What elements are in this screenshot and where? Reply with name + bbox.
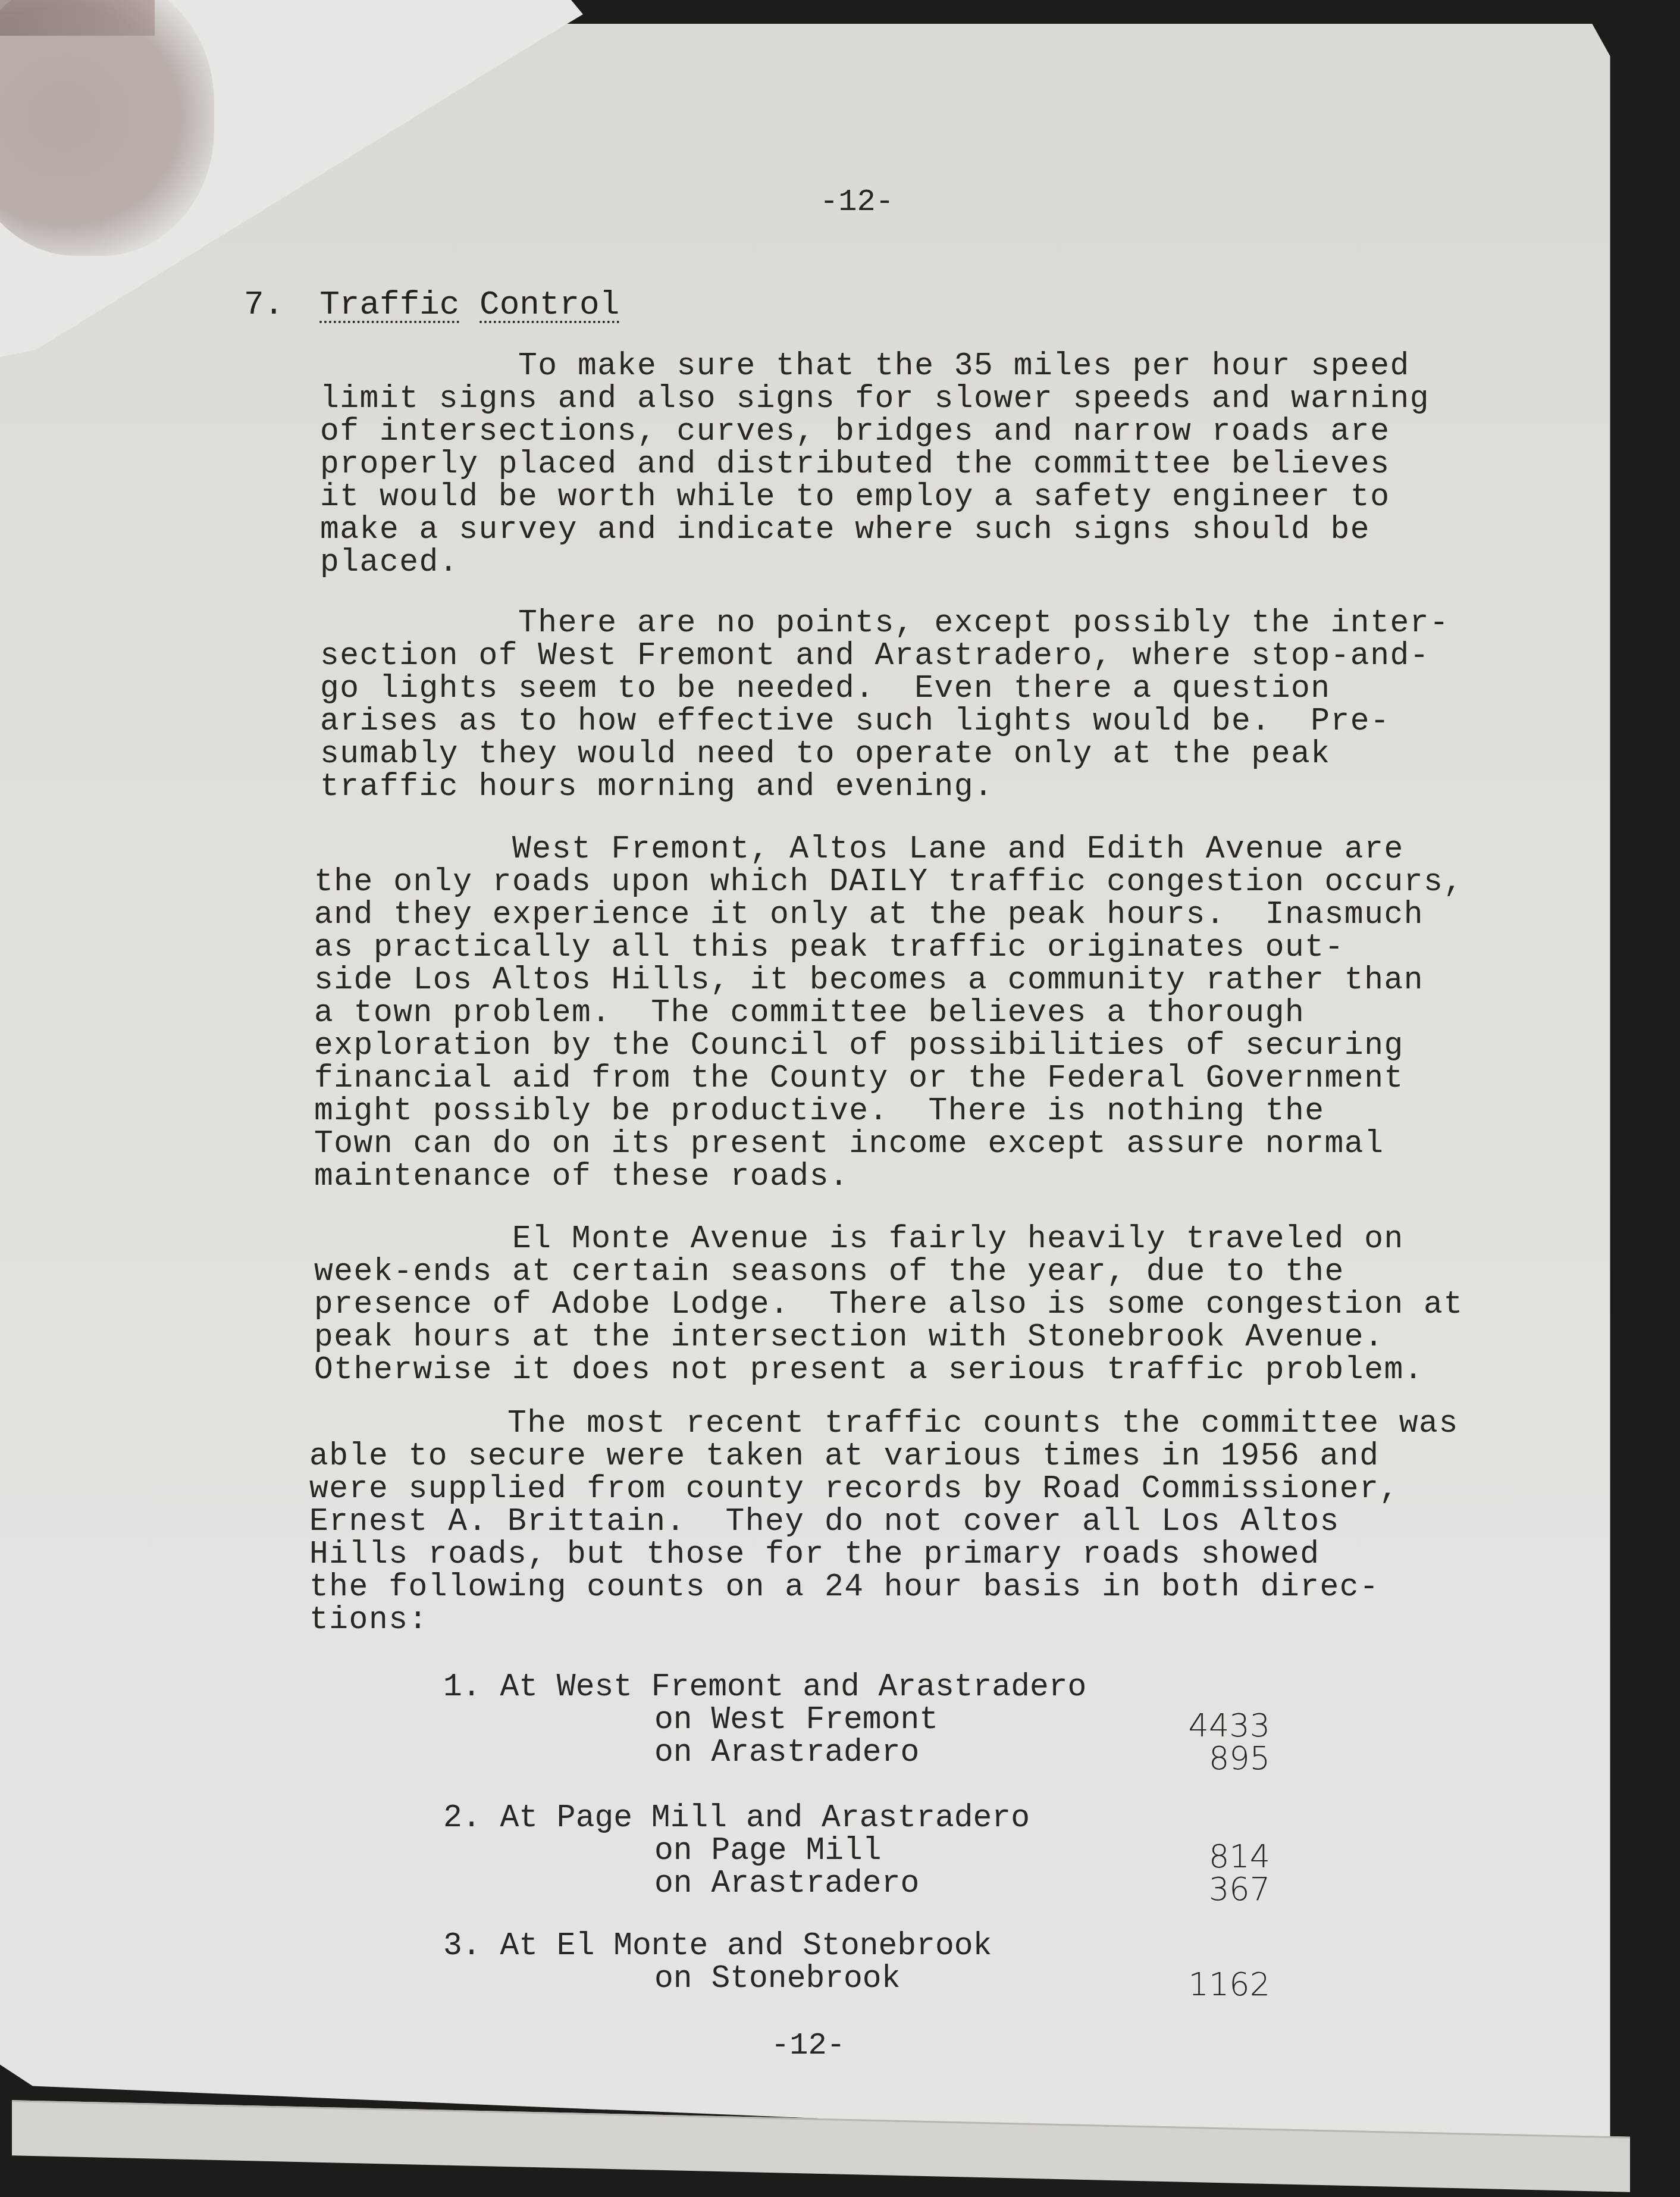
- count-road: on Stonebrook: [654, 1961, 900, 1996]
- count-value: 4433: [1151, 1707, 1270, 1744]
- paragraph-daily-congestion: West Fremont, Altos Lane and Edith Avenu…: [314, 833, 1463, 1193]
- text-line: tions:: [309, 1604, 1459, 1636]
- text-line: properly placed and distributed the comm…: [320, 448, 1430, 481]
- thumb-shadow: [0, 0, 155, 36]
- section-number: 7.: [244, 286, 284, 324]
- count-road: on Arastradero: [654, 1735, 919, 1770]
- text-line: section of West Fremont and Arastradero,…: [320, 640, 1449, 672]
- text-line: of intersections, curves, bridges and na…: [320, 415, 1430, 448]
- text-line: as practically all this peak traffic ori…: [314, 931, 1463, 964]
- paragraph-speed-signs: To make sure that the 35 miles per hour …: [320, 350, 1430, 579]
- section-heading: 7.Traffic Control: [244, 286, 619, 324]
- text-line: placed.: [320, 546, 1430, 579]
- text-line: limit signs and also signs for slower sp…: [320, 383, 1430, 415]
- text-line: might possibly be productive. There is n…: [314, 1095, 1463, 1128]
- paragraph-stop-lights: There are no points, except possibly the…: [320, 607, 1449, 803]
- paragraph-el-monte: El Monte Avenue is fairly heavily travel…: [314, 1223, 1463, 1387]
- text-line: exploration by the Council of possibilit…: [314, 1029, 1463, 1062]
- text-line: The most recent traffic counts the commi…: [309, 1407, 1459, 1440]
- text-line: week-ends at certain seasons of the year…: [314, 1256, 1463, 1288]
- text-line: West Fremont, Altos Lane and Edith Avenu…: [314, 833, 1463, 866]
- count-value: 1162: [1151, 1966, 1270, 2003]
- section-title-word-2: Control: [479, 286, 619, 324]
- count-road: on West Fremont: [654, 1702, 938, 1738]
- count-group-label: 2. At Page Mill and Arastradero: [443, 1800, 1030, 1836]
- text-line: it would be worth while to employ a safe…: [320, 481, 1430, 514]
- paragraph-traffic-counts: The most recent traffic counts the commi…: [309, 1407, 1459, 1636]
- blurred-thumb: [0, 0, 214, 256]
- text-line: the following counts on a 24 hour basis …: [309, 1571, 1459, 1604]
- text-line: Ernest A. Brittain. They do not cover al…: [309, 1506, 1459, 1538]
- text-line: were supplied from county records by Roa…: [309, 1473, 1459, 1506]
- text-line: maintenance of these roads.: [314, 1160, 1463, 1193]
- section-title-word-1: Traffic: [319, 286, 459, 324]
- text-line: presence of Adobe Lodge. There also is s…: [314, 1288, 1463, 1321]
- text-line: El Monte Avenue is fairly heavily travel…: [314, 1223, 1463, 1256]
- count-group-label: 1. At West Fremont and Arastradero: [443, 1669, 1086, 1705]
- count-road: on Page Mill: [654, 1833, 882, 1869]
- count-value: 895: [1151, 1739, 1270, 1777]
- text-line: side Los Altos Hills, it becomes a commu…: [314, 964, 1463, 997]
- text-line: make a survey and indicate where such si…: [320, 514, 1430, 546]
- text-line: Hills roads, but those for the primary r…: [309, 1538, 1459, 1571]
- text-line: a town problem. The committee believes a…: [314, 997, 1463, 1029]
- count-road: on Arastradero: [654, 1866, 919, 1901]
- text-line: financial aid from the County or the Fed…: [314, 1062, 1463, 1095]
- text-line: sumably they would need to operate only …: [320, 738, 1449, 771]
- page-number-top: -12-: [820, 184, 894, 220]
- text-line: To make sure that the 35 miles per hour …: [320, 350, 1430, 383]
- text-line: Town can do on its present income except…: [314, 1128, 1463, 1160]
- text-line: There are no points, except possibly the…: [320, 607, 1449, 640]
- text-line: traffic hours morning and evening.: [320, 771, 1449, 803]
- text-line: the only roads upon which DAILY traffic …: [314, 866, 1463, 899]
- page-number-bottom: -12-: [771, 2028, 845, 2063]
- text-line: able to secure were taken at various tim…: [309, 1440, 1459, 1473]
- count-value: 814: [1151, 1838, 1270, 1875]
- text-line: go lights seem to be needed. Even there …: [320, 672, 1449, 705]
- text-line: arises as to how effective such lights w…: [320, 705, 1449, 738]
- text-line: Otherwise it does not present a serious …: [314, 1354, 1463, 1387]
- text-line: and they experience it only at the peak …: [314, 899, 1463, 931]
- count-value: 367: [1151, 1870, 1270, 1908]
- count-group-label: 3. At El Monte and Stonebrook: [443, 1928, 992, 1964]
- text-line: peak hours at the intersection with Ston…: [314, 1321, 1463, 1354]
